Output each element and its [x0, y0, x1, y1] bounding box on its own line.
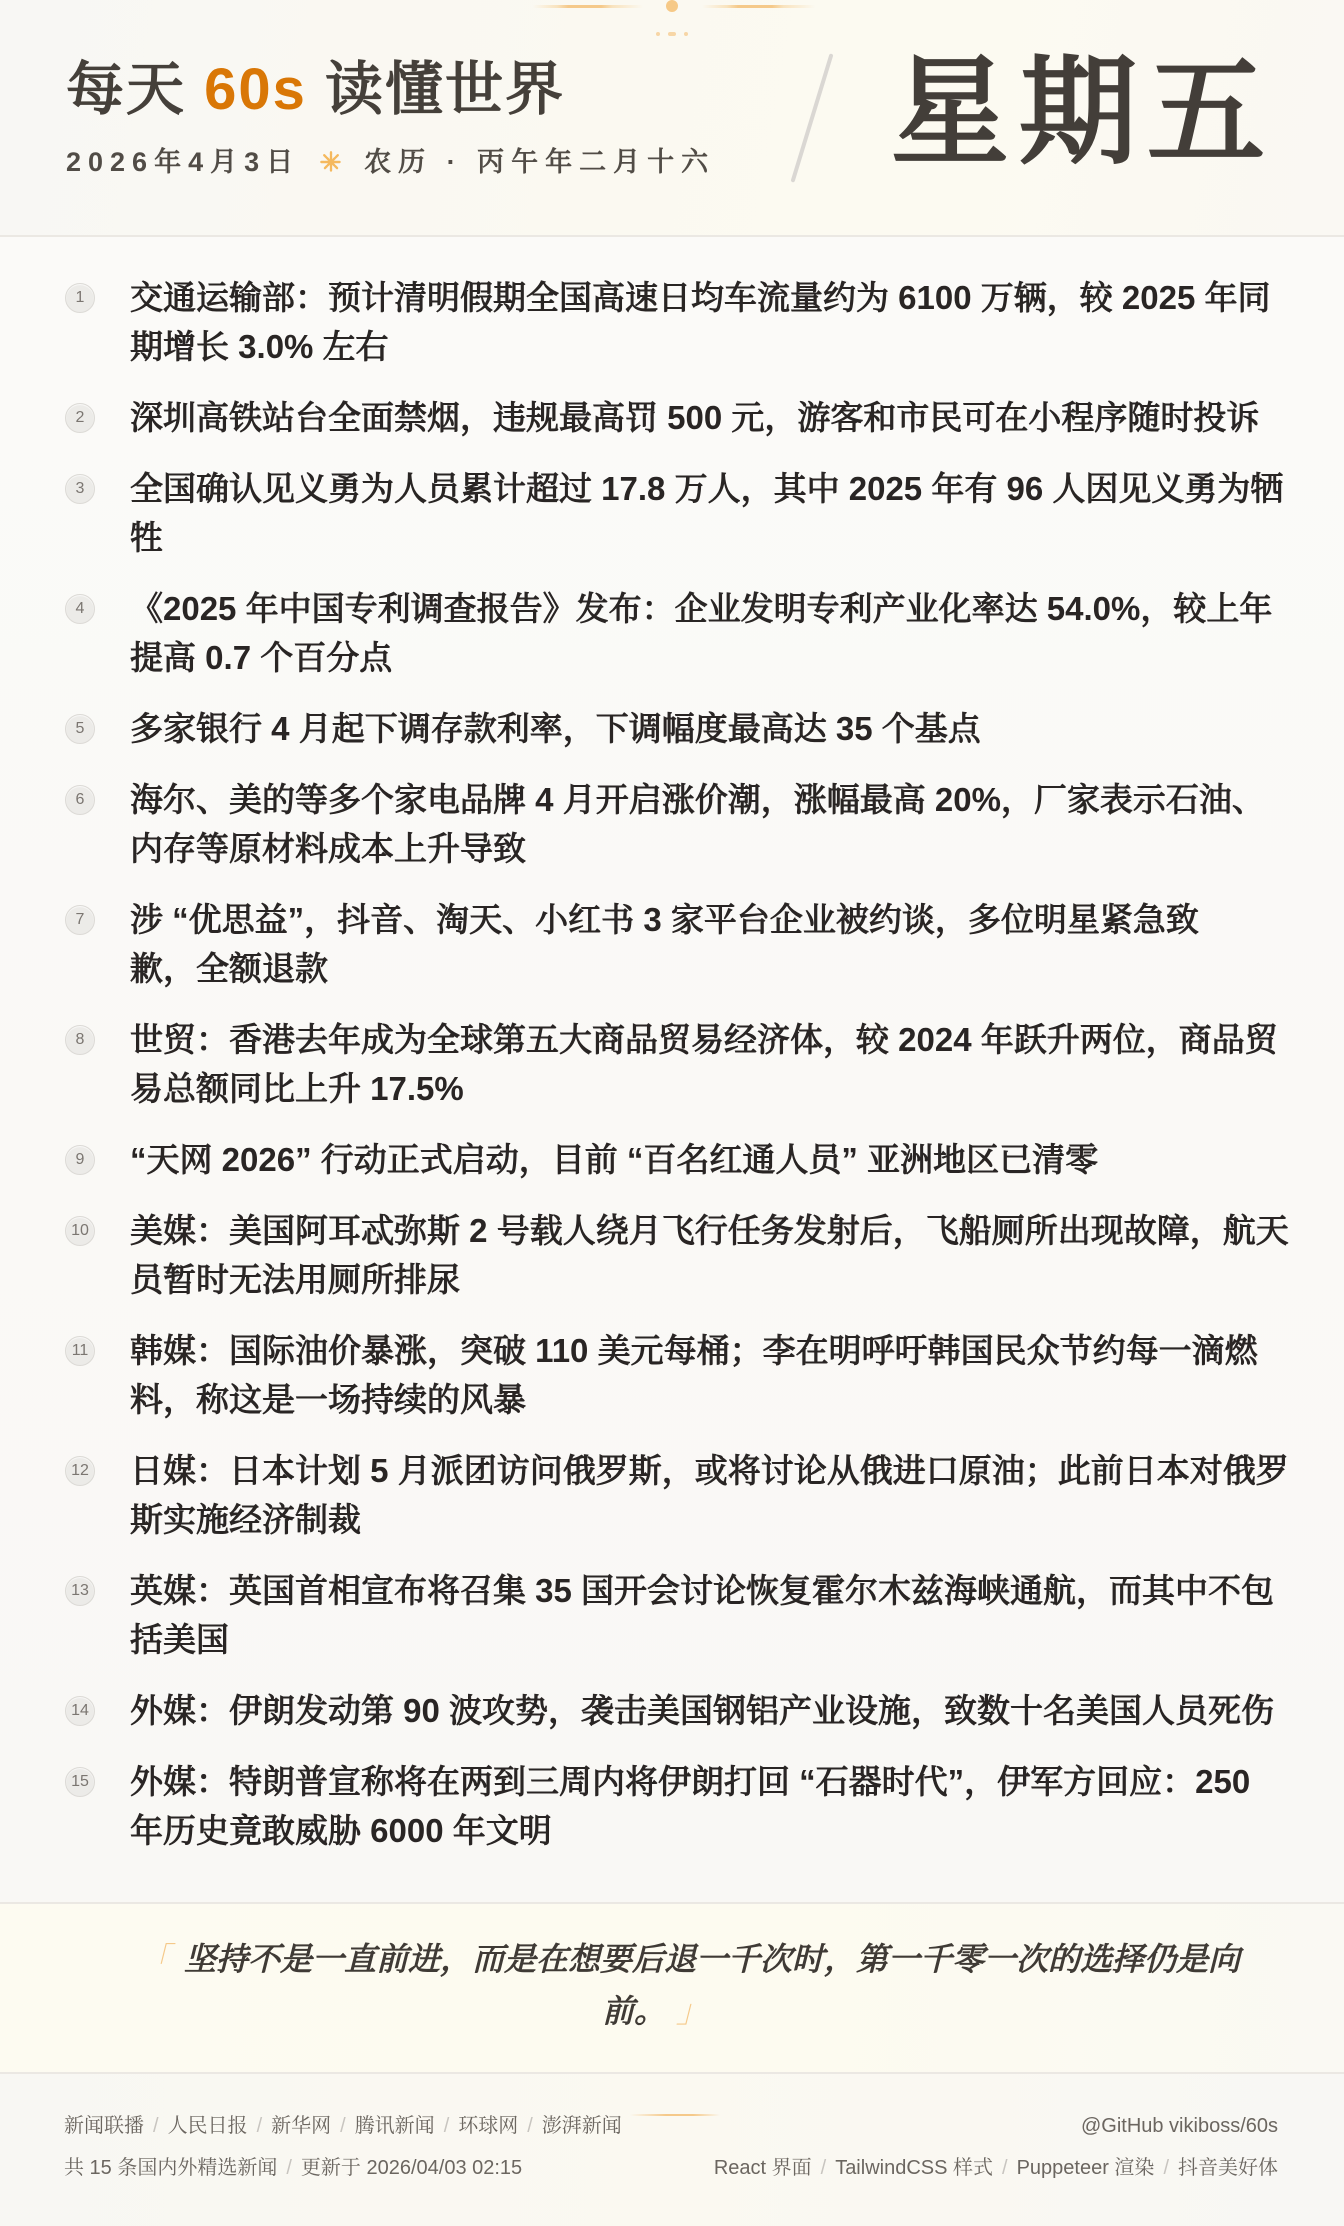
decorative-mini-dot	[656, 32, 660, 36]
news-text-line: 世贸：香港去年成为全球第五大商品贸易经济体，较 2024 年跃升两位，商品贸	[130, 1015, 1280, 1064]
news-index-badge: 2	[65, 403, 95, 433]
tech-stack: React 界面/TailwindCSS 样式/Puppeteer 渲染/抖音美…	[714, 2147, 1278, 2189]
news-text: 《2025 年中国专利调查报告》发布：企业发明专利产业化率达 54.0%，较上年…	[130, 584, 1280, 682]
decorative-line-left	[533, 5, 643, 8]
separator: /	[286, 2157, 292, 2179]
news-text: 英媒：英国首相宣布将召集 35 国开会讨论恢复霍尔木兹海峡通航，而其中不包 括美…	[130, 1566, 1280, 1664]
news-item: 3 全国确认见义勇为人员累计超过 17.8 万人，其中 2025 年有 96 人…	[64, 464, 1280, 562]
gregorian-date: 2026年4月3日	[66, 144, 300, 180]
news-index-badge: 5	[65, 714, 95, 744]
news-text-line: 海尔、美的等多个家电品牌 4 月开启涨价潮，涨幅最高 20%，厂家表示石油、	[130, 775, 1280, 824]
tech-item: React 界面	[714, 2157, 812, 2179]
source-name: 澎湃新闻	[542, 2115, 622, 2137]
decorative-dot	[666, 0, 678, 12]
decorative-mini-dot	[684, 32, 688, 36]
news-text: 日媒：日本计划 5 月派团访问俄罗斯，或将讨论从俄进口原油；此前日本对俄罗 斯实…	[130, 1446, 1289, 1544]
header: 每天 60s 读懂世界 2026年4月3日 农历 · 丙午年二月十六 星期五	[0, 0, 1344, 237]
news-text: 世贸：香港去年成为全球第五大商品贸易经济体，较 2024 年跃升两位，商品贸 易…	[130, 1015, 1280, 1113]
news-text: “天网 2026” 行动正式启动，目前 “百名红通人员” 亚洲地区已清零	[130, 1135, 1280, 1184]
source-name: 腾讯新闻	[355, 2115, 435, 2137]
news-text-line: 外媒：特朗普宣称将在两到三周内将伊朗打回 “石器时代”，伊军方回应：250	[130, 1757, 1280, 1806]
separator: /	[527, 2115, 533, 2137]
news-text-line: 内存等原材料成本上升导致	[130, 824, 1280, 873]
news-index-badge: 12	[65, 1456, 95, 1486]
news-item: 5 多家银行 4 月起下调存款利率，下调幅度最高达 35 个基点	[64, 704, 1280, 753]
news-text-line: 英媒：英国首相宣布将召集 35 国开会讨论恢复霍尔木兹海峡通航，而其中不包	[130, 1566, 1280, 1615]
news-index-badge: 11	[65, 1336, 95, 1366]
news-text-line: 易总额同比上升 17.5%	[130, 1064, 1280, 1113]
tech-item: Puppeteer 渲染	[1017, 2157, 1155, 2179]
title-prefix: 每天	[66, 57, 186, 122]
lunar-date: 农历 · 丙午年二月十六	[364, 144, 715, 180]
news-index-badge: 7	[65, 905, 95, 935]
news-index-badge: 15	[65, 1767, 95, 1797]
separator: /	[153, 2115, 159, 2137]
news-text: 外媒：特朗普宣称将在两到三周内将伊朗打回 “石器时代”，伊军方回应：250 年历…	[130, 1757, 1280, 1855]
news-text-line: 深圳高铁站台全面禁烟，违规最高罚 500 元，游客和市民可在小程序随时投诉	[130, 393, 1280, 442]
news-text-line: 斯实施经济制裁	[130, 1495, 1289, 1544]
separator: /	[444, 2115, 450, 2137]
footer: 新闻联播/人民日报/新华网/腾讯新闻/环球网/澎湃新闻 共 15 条国内外精选新…	[0, 2074, 1344, 2226]
source-name: 环球网	[458, 2115, 518, 2137]
separator: /	[821, 2157, 827, 2179]
news-text-line: 韩媒：国际油价暴涨，突破 110 美元每桶；李在明呼吁韩国民众节约每一滴燃	[130, 1326, 1280, 1375]
separator: /	[1163, 2157, 1169, 2179]
news-text-line: 外媒：伊朗发动第 90 波攻势，袭击美国钢铝产业设施，致数十名美国人员死伤	[130, 1686, 1280, 1735]
tech-item: TailwindCSS 样式	[835, 2157, 993, 2179]
news-item: 7 涉 “优思益”，抖音、淘天、小红书 3 家平台企业被约谈，多位明星紧急致 歉…	[64, 895, 1280, 993]
news-index-badge: 3	[65, 474, 95, 504]
news-text: 深圳高铁站台全面禁烟，违规最高罚 500 元，游客和市民可在小程序随时投诉	[130, 393, 1280, 442]
news-item: 8 世贸：香港去年成为全球第五大商品贸易经济体，较 2024 年跃升两位，商品贸…	[64, 1015, 1280, 1113]
news-item: 1 交通运输部：预计清明假期全国高速日均车流量约为 6100 万辆，较 2025…	[64, 273, 1280, 371]
news-item: 12 日媒：日本计划 5 月派团访问俄罗斯，或将讨论从俄进口原油；此前日本对俄罗…	[64, 1446, 1280, 1544]
news-text-line: 歉，全额退款	[130, 944, 1280, 993]
source-name: 人民日报	[168, 2115, 248, 2137]
news-index-badge: 14	[65, 1696, 95, 1726]
separator: /	[340, 2115, 346, 2137]
news-item: 10 美媒：美国阿耳忒弥斯 2 号载人绕月飞行任务发射后，飞船厕所出现故障，航天…	[64, 1206, 1280, 1304]
date-line: 2026年4月3日 农历 · 丙午年二月十六	[66, 144, 715, 180]
news-text: 韩媒：国际油价暴涨，突破 110 美元每桶；李在明呼吁韩国民众节约每一滴燃 料，…	[130, 1326, 1280, 1424]
quote-text: 坚持不是一直前进，而是在想要后退一千次时，第一千零一次的选择仍是向	[184, 1941, 1240, 1977]
news-item: 4 《2025 年中国专利调查报告》发布：企业发明专利产业化率达 54.0%，较…	[64, 584, 1280, 682]
news-text-line: 牲	[130, 513, 1283, 562]
news-count: 共 15 条国内外精选新闻	[64, 2157, 277, 2179]
news-item: 15 外媒：特朗普宣称将在两到三周内将伊朗打回 “石器时代”，伊军方回应：250…	[64, 1757, 1280, 1855]
news-item: 11 韩媒：国际油价暴涨，突破 110 美元每桶；李在明呼吁韩国民众节约每一滴燃…	[64, 1326, 1280, 1424]
news-text-line: 括美国	[130, 1615, 1280, 1664]
decorative-line-footer	[630, 2114, 720, 2116]
source-name: 新闻联播	[64, 2115, 144, 2137]
news-text: 交通运输部：预计清明假期全国高速日均车流量约为 6100 万辆，较 2025 年…	[130, 273, 1280, 371]
news-index-badge: 10	[65, 1216, 95, 1246]
news-text-line: 全国确认见义勇为人员累计超过 17.8 万人，其中 2025 年有 96 人因见…	[130, 464, 1283, 513]
quote-open-mark: 「	[138, 1941, 170, 1977]
news-text: 全国确认见义勇为人员累计超过 17.8 万人，其中 2025 年有 96 人因见…	[130, 464, 1283, 562]
separator: /	[257, 2115, 263, 2137]
daily-quote: 「坚持不是一直前进，而是在想要后退一千次时，第一千零一次的选择仍是向 前。」	[0, 1902, 1344, 2074]
decorative-line-right	[702, 5, 815, 8]
news-text: 涉 “优思益”，抖音、淘天、小红书 3 家平台企业被约谈，多位明星紧急致 歉，全…	[130, 895, 1280, 993]
updated-time: 更新于 2026/04/03 02:15	[301, 2157, 522, 2179]
quote-close-mark: 」	[676, 1993, 708, 2029]
news-sources: 新闻联播/人民日报/新华网/腾讯新闻/环球网/澎湃新闻	[64, 2105, 622, 2147]
news-text-line: 料，称这是一场持续的风暴	[130, 1375, 1280, 1424]
news-summary: 共 15 条国内外精选新闻/更新于 2026/04/03 02:15	[64, 2147, 622, 2189]
tech-item: 抖音美好体	[1178, 2157, 1278, 2179]
news-item: 13 英媒：英国首相宣布将召集 35 国开会讨论恢复霍尔木兹海峡通航，而其中不包…	[64, 1566, 1280, 1664]
news-item: 9 “天网 2026” 行动正式启动，目前 “百名红通人员” 亚洲地区已清零	[64, 1135, 1280, 1184]
footer-left: 新闻联播/人民日报/新华网/腾讯新闻/环球网/澎湃新闻 共 15 条国内外精选新…	[64, 2105, 622, 2226]
decorative-mini-dot	[668, 32, 676, 36]
title-suffix: 读懂世界	[325, 57, 565, 122]
news-text-line: 美媒：美国阿耳忒弥斯 2 号载人绕月飞行任务发射后，飞船厕所出现故障，航天	[130, 1206, 1289, 1255]
news-text-line: 交通运输部：预计清明假期全国高速日均车流量约为 6100 万辆，较 2025 年…	[130, 273, 1280, 322]
news-text-line: 涉 “优思益”，抖音、淘天、小红书 3 家平台企业被约谈，多位明星紧急致	[130, 895, 1280, 944]
news-index-badge: 6	[65, 785, 95, 815]
news-text-line: 年历史竟敢威胁 6000 年文明	[130, 1806, 1280, 1855]
sparkle-icon	[320, 151, 342, 173]
title-highlight: 60s	[204, 57, 307, 122]
github-credit: @GitHub vikiboss/60s	[714, 2105, 1278, 2147]
news-text-line: 提高 0.7 个百分点	[130, 633, 1280, 682]
page-title: 每天 60s 读懂世界	[66, 55, 565, 125]
news-text-line: 期增长 3.0% 左右	[130, 322, 1280, 371]
news-text: 多家银行 4 月起下调存款利率，下调幅度最高达 35 个基点	[130, 704, 1280, 753]
weekday: 星期五	[891, 48, 1275, 178]
news-index-badge: 8	[65, 1025, 95, 1055]
source-name: 新华网	[271, 2115, 331, 2137]
quote-text: 前。	[602, 1993, 650, 2029]
news-item: 14 外媒：伊朗发动第 90 波攻势，袭击美国钢铝产业设施，致数十名美国人员死伤	[64, 1686, 1280, 1735]
news-text-line: 多家银行 4 月起下调存款利率，下调幅度最高达 35 个基点	[130, 704, 1280, 753]
news-list: 1 交通运输部：预计清明假期全国高速日均车流量约为 6100 万辆，较 2025…	[0, 237, 1344, 1902]
quote-line: 「坚持不是一直前进，而是在想要后退一千次时，第一千零一次的选择仍是向	[0, 1933, 1344, 1985]
news-text-line: 《2025 年中国专利调查报告》发布：企业发明专利产业化率达 54.0%，较上年	[130, 584, 1280, 633]
quote-line: 前。」	[0, 1985, 1344, 2037]
news-index-badge: 13	[65, 1576, 95, 1606]
news-item: 2 深圳高铁站台全面禁烟，违规最高罚 500 元，游客和市民可在小程序随时投诉	[64, 393, 1280, 442]
news-index-badge: 4	[65, 594, 95, 624]
news-text-line: 日媒：日本计划 5 月派团访问俄罗斯，或将讨论从俄进口原油；此前日本对俄罗	[130, 1446, 1289, 1495]
news-index-badge: 1	[65, 283, 95, 313]
news-item: 6 海尔、美的等多个家电品牌 4 月开启涨价潮，涨幅最高 20%，厂家表示石油、…	[64, 775, 1280, 873]
news-index-badge: 9	[65, 1145, 95, 1175]
news-text: 海尔、美的等多个家电品牌 4 月开启涨价潮，涨幅最高 20%，厂家表示石油、 内…	[130, 775, 1280, 873]
news-text: 外媒：伊朗发动第 90 波攻势，袭击美国钢铝产业设施，致数十名美国人员死伤	[130, 1686, 1280, 1735]
news-text-line: 员暂时无法用厕所排尿	[130, 1255, 1289, 1304]
news-text: 美媒：美国阿耳忒弥斯 2 号载人绕月飞行任务发射后，飞船厕所出现故障，航天 员暂…	[130, 1206, 1289, 1304]
news-text-line: “天网 2026” 行动正式启动，目前 “百名红通人员” 亚洲地区已清零	[130, 1135, 1280, 1184]
footer-right: @GitHub vikiboss/60s React 界面/TailwindCS…	[714, 2105, 1278, 2226]
header-divider-slash	[790, 53, 833, 182]
separator: /	[1002, 2157, 1008, 2179]
